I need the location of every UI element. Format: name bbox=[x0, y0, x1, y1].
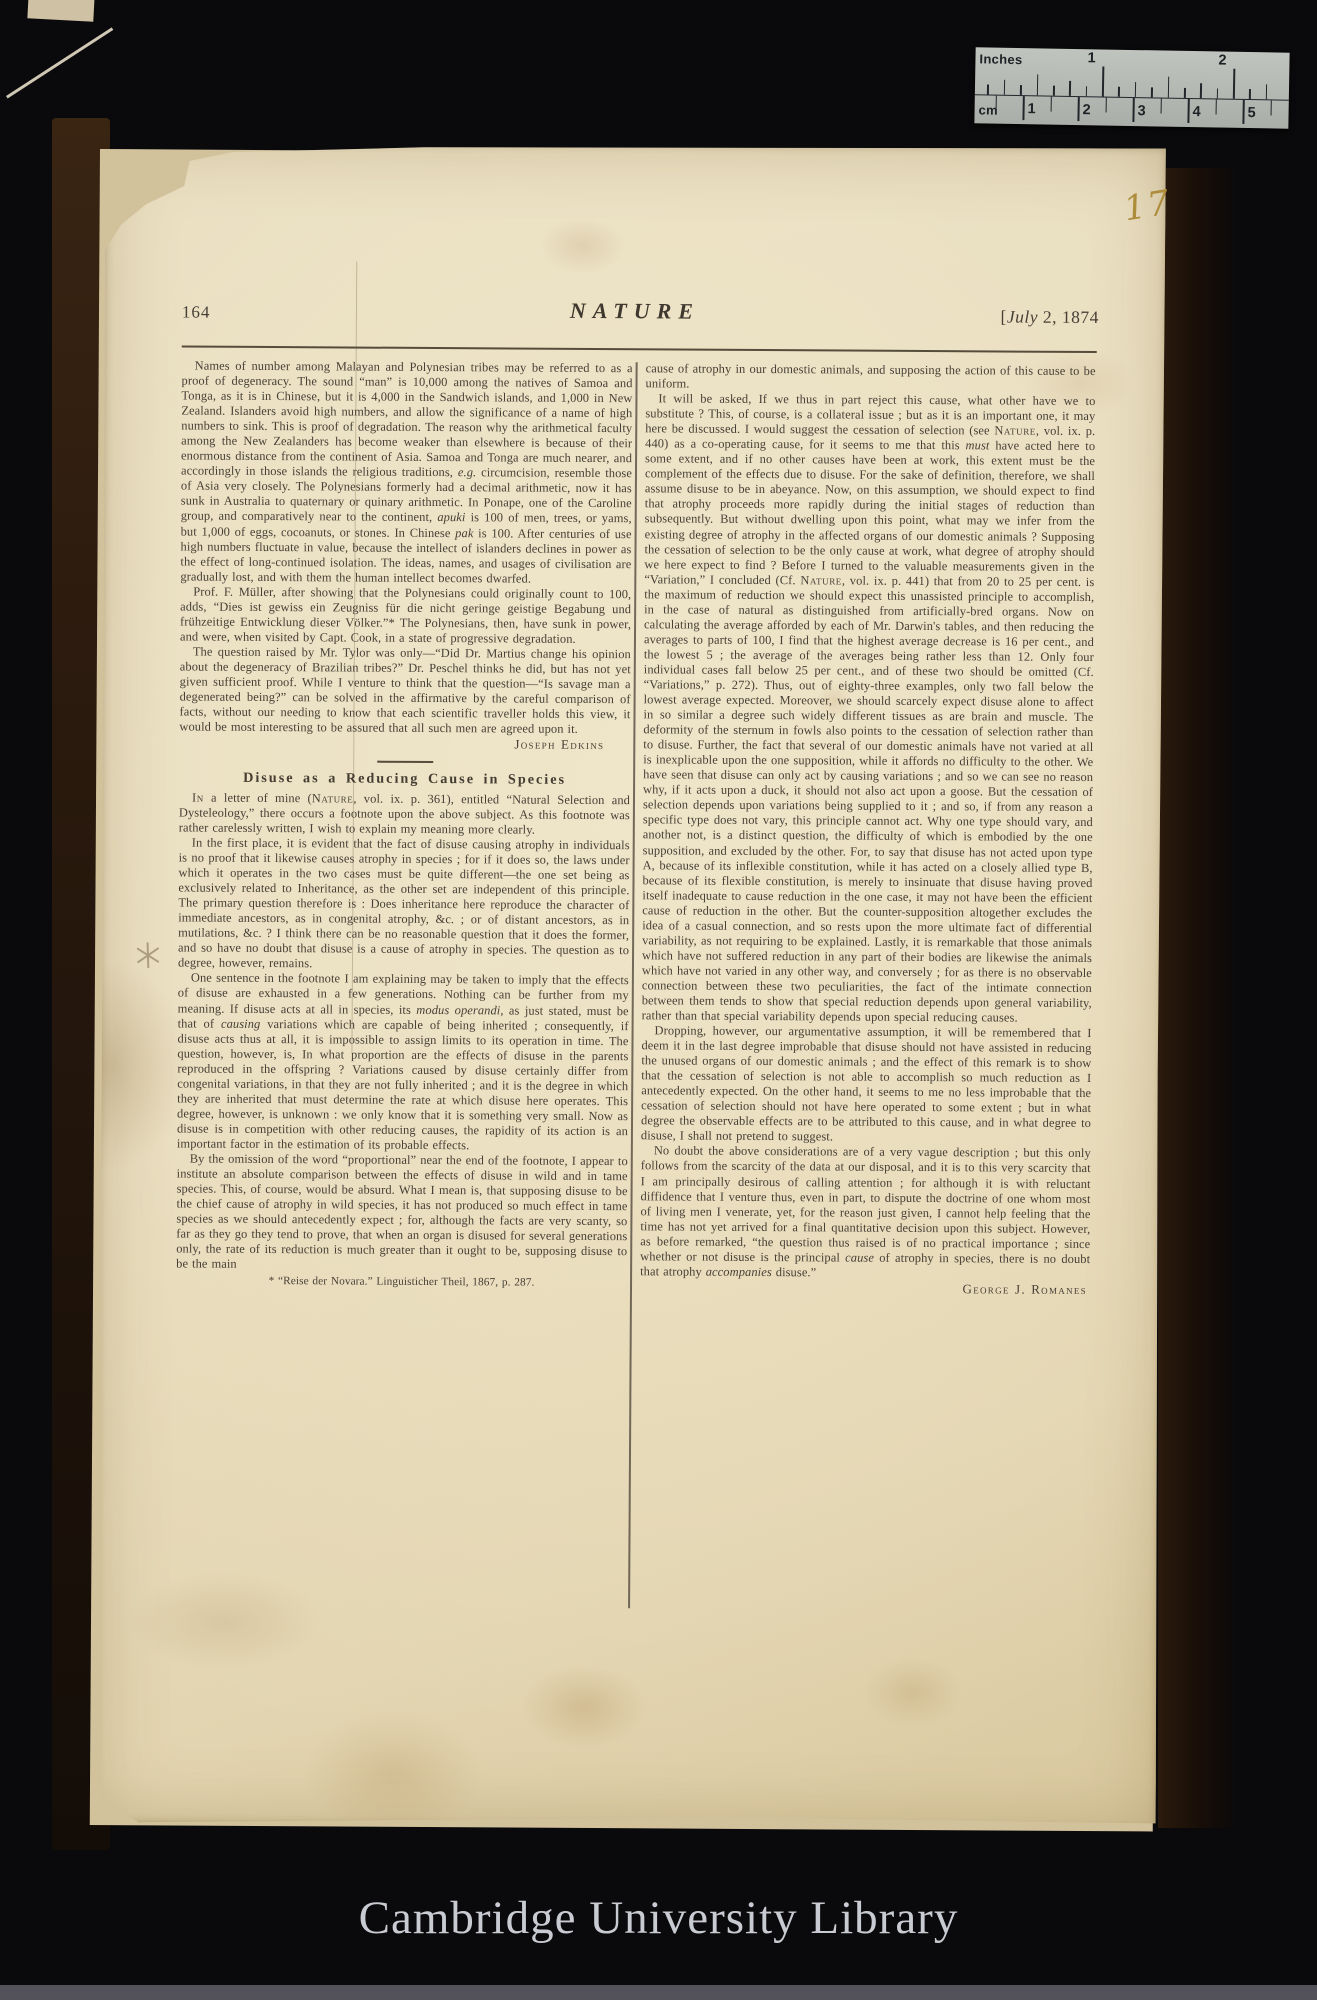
ruler-tick bbox=[1187, 98, 1189, 122]
ruler-tick bbox=[1216, 88, 1218, 98]
divider-rule bbox=[377, 761, 433, 763]
ruler-tick bbox=[1184, 88, 1186, 98]
ruler-inches-label: Inches bbox=[979, 51, 1022, 67]
book-edge-right bbox=[1158, 168, 1238, 1828]
ruler-tick bbox=[1160, 98, 1162, 113]
ruler-cm-number: 5 bbox=[1247, 105, 1255, 121]
ruler-tick bbox=[1004, 80, 1006, 95]
torn-corner-edge bbox=[6, 27, 113, 98]
ruler-tick bbox=[1200, 83, 1202, 98]
paragraph: Prof. F. Müller, after showing that the … bbox=[180, 584, 631, 647]
ruler-tick bbox=[1215, 99, 1217, 114]
ruler-tick bbox=[1020, 85, 1022, 95]
paragraph: Names of number among Malayan and Polyne… bbox=[180, 358, 632, 586]
paragraph: Dropping, however, our argumentative ass… bbox=[641, 1023, 1092, 1146]
ruler-tick bbox=[1233, 69, 1235, 99]
ruler-tick bbox=[1270, 100, 1272, 115]
paragraph: The question raised by Mr. Tylor was onl… bbox=[179, 644, 631, 737]
ruler-cm-number: 1 bbox=[1027, 101, 1035, 117]
ruler-tick bbox=[1053, 86, 1055, 96]
ruler-tick bbox=[1069, 81, 1071, 96]
paragraph: In the first place, it is evident that t… bbox=[178, 835, 630, 973]
footnote: * “Reise der Novara.” Linguisticher Thei… bbox=[176, 1274, 627, 1292]
photograph-backdrop: 164 NATURE [July 2, 1874 Names of number… bbox=[0, 0, 1317, 2000]
ruler-inch-number: 1 bbox=[1087, 50, 1095, 66]
pencil-star-annotation bbox=[135, 942, 161, 968]
ruler-tick bbox=[1249, 89, 1251, 99]
ruler-tick bbox=[1135, 82, 1137, 97]
ruler-cm-number: 3 bbox=[1137, 103, 1145, 119]
ruler-tick bbox=[1050, 96, 1052, 111]
paragraph: In a letter of mine (Nature, vol. ix. p.… bbox=[179, 790, 630, 838]
ruler-tick bbox=[1167, 77, 1169, 98]
ruler-tick bbox=[1102, 66, 1104, 96]
backdrop-corner-chip bbox=[27, 0, 94, 22]
ruler-tick bbox=[1132, 98, 1134, 122]
ruler-tick bbox=[1242, 99, 1244, 123]
handwritten-folio-number: 17 bbox=[1121, 183, 1174, 230]
signature: George J. Romanes bbox=[640, 1279, 1090, 1297]
paragraph: No doubt the above considerations are of… bbox=[640, 1144, 1091, 1282]
ruler-tick bbox=[987, 84, 989, 94]
paragraph: One sentence in the footnote I am explai… bbox=[177, 971, 629, 1154]
library-watermark: Cambridge University Library bbox=[0, 1891, 1317, 1945]
paragraph: It will be asked, If we thus in part rej… bbox=[642, 391, 1096, 1026]
ruler-cm-number: 4 bbox=[1192, 104, 1200, 120]
journal-page: 164 NATURE [July 2, 1874 Names of number… bbox=[96, 142, 1166, 1828]
ruler-inch-number: 2 bbox=[1218, 53, 1226, 69]
column-right: cause of atrophy in our domestic animals… bbox=[640, 361, 1096, 1297]
signature: Joseph Edkins bbox=[179, 735, 630, 753]
ruler-tick bbox=[1022, 96, 1024, 120]
ruler-tick bbox=[1105, 97, 1107, 112]
paragraph: cause of atrophy in our domestic animals… bbox=[645, 361, 1095, 394]
ruler-tick bbox=[1118, 87, 1120, 97]
table-edge bbox=[0, 1985, 1317, 2000]
ruler-tick bbox=[995, 95, 997, 110]
issue-date: [July 2, 1874 bbox=[1001, 306, 1099, 328]
measurement-ruler: Inches cm 1212345 bbox=[974, 47, 1289, 128]
ruler-tick bbox=[1077, 97, 1079, 121]
ruler-tick bbox=[1266, 84, 1268, 99]
ruler-tick bbox=[1036, 74, 1038, 95]
ruler-cm-number: 2 bbox=[1082, 102, 1090, 118]
header-rule bbox=[182, 345, 1097, 352]
ruler-tick bbox=[1085, 86, 1087, 96]
ruler-tick bbox=[1151, 87, 1153, 97]
column-left: Names of number among Malayan and Polyne… bbox=[176, 358, 633, 1291]
paragraph: By the omission of the word “proportiona… bbox=[176, 1151, 628, 1274]
section-heading: Disuse as a Reducing Cause in Species bbox=[179, 770, 630, 788]
